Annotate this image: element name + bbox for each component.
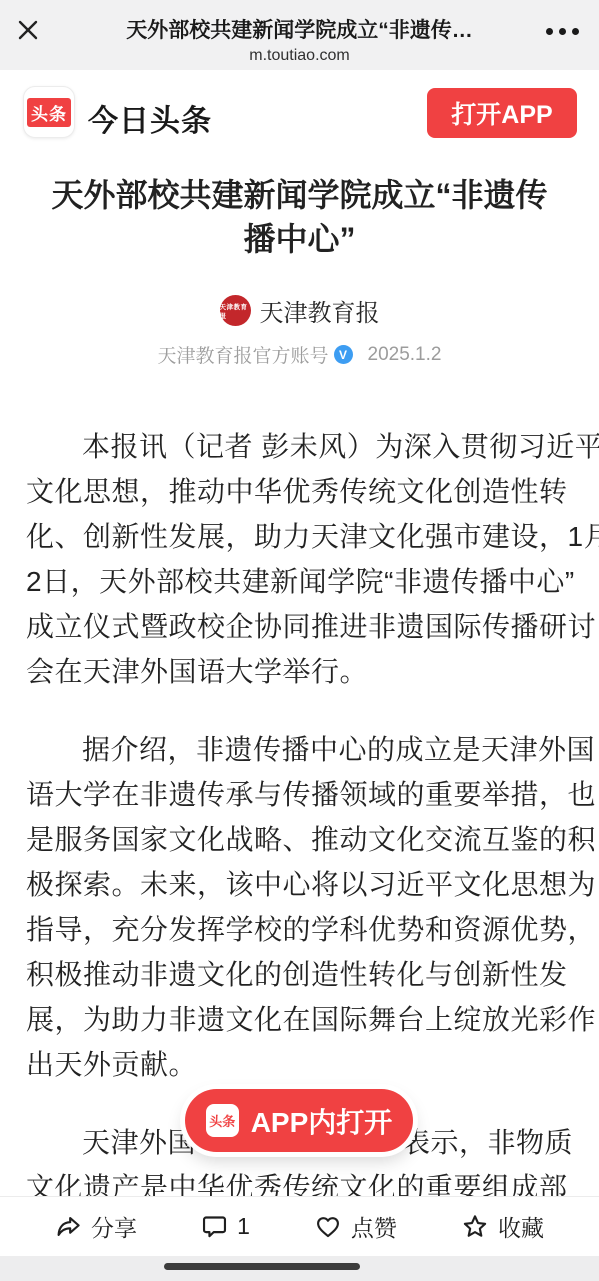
like-label: 点赞 xyxy=(351,1210,397,1243)
body-line: 极探索。未来，该中心将以习近平文化思想为 xyxy=(26,862,573,907)
share-label: 分享 xyxy=(91,1210,137,1243)
body-line: 2日，天外部校共建新闻学院“非遗传播中心” xyxy=(26,559,573,604)
body-line: 化、创新性发展，助力天津文化强市建设，1月 xyxy=(26,514,573,559)
site-header: 头条 今日头条 打开APP xyxy=(0,70,599,155)
body-line: 成立仪式暨政校企协同推进非遗国际传播研讨 xyxy=(26,604,573,649)
app-name: 今日头条 xyxy=(88,96,212,140)
share-icon xyxy=(55,1213,82,1240)
browser-page-title: 天外部校共建新闻学院成立“非遗传… xyxy=(70,0,529,44)
byline-row: 天津教育报官方账号 V 2025.1.2 xyxy=(0,341,599,368)
body-line: 展，为助力非遗文化在国际舞台上绽放光彩作 xyxy=(26,997,573,1042)
more-options-icon[interactable] xyxy=(546,28,579,35)
open-in-app-pill-button[interactable]: 头条 APP内打开 xyxy=(185,1089,413,1152)
toutiao-mini-icon: 头条 xyxy=(206,1104,239,1137)
author-byline: 天津教育报官方账号 xyxy=(158,341,329,368)
favorite-button[interactable]: 收藏 xyxy=(461,1210,544,1243)
comment-icon xyxy=(201,1213,228,1240)
author-avatar: 天津教育报 xyxy=(220,295,251,326)
body-line: 积极推动非遗文化的创造性转化与创新性发 xyxy=(26,952,573,997)
open-app-button[interactable]: 打开APP xyxy=(427,88,577,138)
comment-count: 1 xyxy=(237,1213,250,1240)
body-line: 会在天津外国语大学举行。 xyxy=(26,649,573,694)
author-row[interactable]: 天津教育报 天津教育报 xyxy=(0,293,599,328)
body-line-fragment: 天津外国 xyxy=(26,1120,196,1165)
verified-icon: V xyxy=(334,345,353,364)
home-indicator-handle[interactable] xyxy=(164,1263,360,1270)
paragraph-1: 本报讯（记者 彭未风）为深入贯彻习近平 文化思想，推动中华优秀传统文化创造性转 … xyxy=(26,424,573,694)
body-line: 文化思想，推动中华优秀传统文化创造性转 xyxy=(26,469,573,514)
home-indicator-area xyxy=(0,1256,599,1281)
share-button[interactable]: 分享 xyxy=(55,1210,137,1243)
body-line: 本报讯（记者 彭未风）为深入贯彻习近平 xyxy=(26,424,573,469)
body-line: 据介绍，非遗传播中心的成立是天津外国 xyxy=(26,727,573,772)
body-line-fragment: 表示，非物质 xyxy=(402,1120,573,1165)
body-line: 语大学在非遗传承与传播领域的重要举措，也 xyxy=(26,772,573,817)
body-line: 指导，充分发挥学校的学科优势和资源优势， xyxy=(26,907,573,952)
browser-url: m.toutiao.com xyxy=(0,47,599,65)
article-title: 天外部校共建新闻学院成立“非遗传播中心” xyxy=(40,173,559,261)
comment-button[interactable]: 1 xyxy=(201,1213,250,1240)
toutiao-logo-icon[interactable]: 头条 xyxy=(23,86,75,138)
heart-icon xyxy=(314,1213,342,1240)
publish-date: 2025.1.2 xyxy=(368,344,442,366)
body-line: 出天外贡献。 xyxy=(26,1042,573,1087)
open-in-app-label: APP内打开 xyxy=(251,1101,393,1141)
paragraph-2: 据介绍，非遗传播中心的成立是天津外国 语大学在非遗传承与传播领域的重要举措，也 … xyxy=(26,727,573,1087)
favorite-label: 收藏 xyxy=(498,1210,544,1243)
like-button[interactable]: 点赞 xyxy=(314,1210,397,1243)
body-line: 是服务国家文化战略、推动文化交流互鉴的积 xyxy=(26,817,573,862)
author-name: 天津教育报 xyxy=(260,293,380,328)
star-icon xyxy=(461,1213,489,1240)
page: 天外部校共建新闻学院成立“非遗传… m.toutiao.com 头条 今日头条 … xyxy=(0,0,599,1281)
toutiao-logo-text: 头条 xyxy=(27,98,71,127)
bottom-action-bar: 分享 1 点赞 收藏 xyxy=(0,1196,599,1256)
close-icon[interactable] xyxy=(18,20,38,40)
browser-bar: 天外部校共建新闻学院成立“非遗传… m.toutiao.com xyxy=(0,0,599,70)
